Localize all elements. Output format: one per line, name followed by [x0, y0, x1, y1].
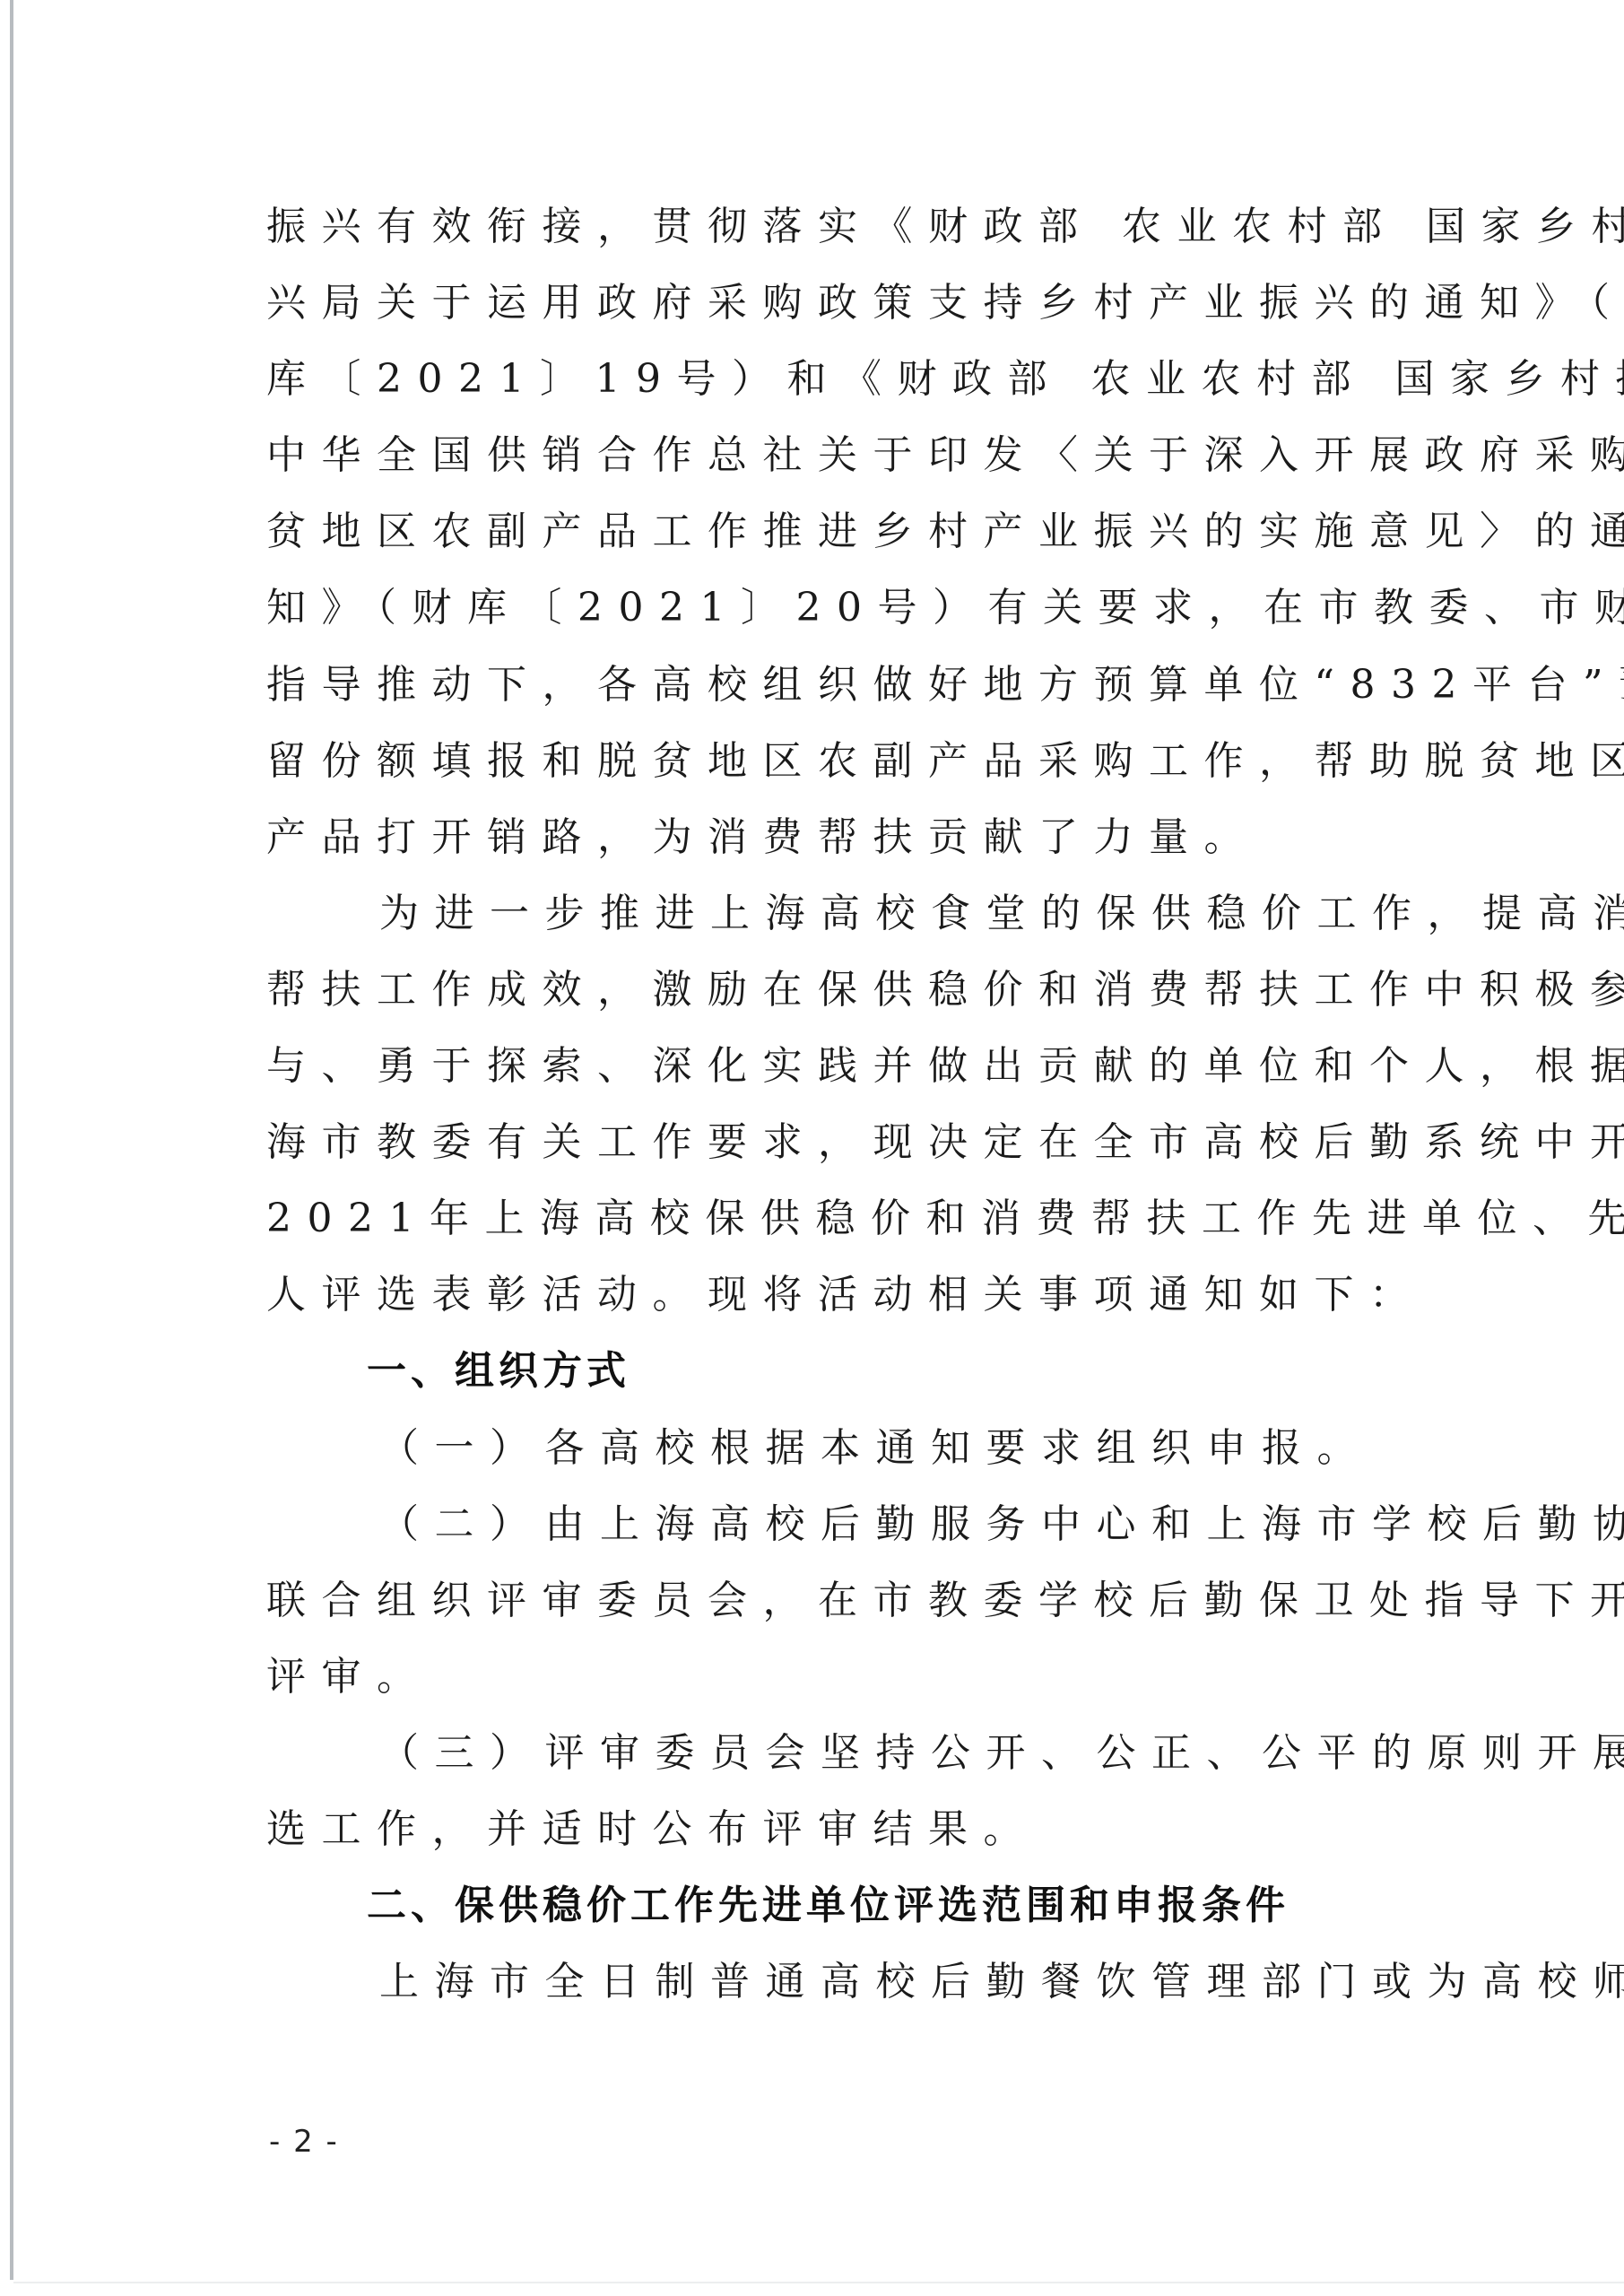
list-item-1: （一）各高校根据本通知要求组织申报。 — [266, 1421, 1396, 1497]
body-line: 留份额填报和脱贫地区农副产品采购工作，帮助脱贫地区农 — [266, 734, 1396, 810]
body-line: 人评选表彰活动。现将活动相关事项通知如下： — [266, 1267, 1396, 1344]
body-line: 兴局关于运用政府采购政策支持乡村产业振兴的通知》（财 — [266, 275, 1396, 352]
page-number: - 2 - — [269, 2124, 339, 2160]
body-line: 选工作，并适时公布评审结果。 — [266, 1802, 1396, 1878]
body-line: 海市教委有关工作要求，现决定在全市高校后勤系统中开展 — [266, 1115, 1396, 1191]
page-bottom-edge — [13, 2282, 1624, 2283]
section-heading-organization: 一、组织方式 — [266, 1344, 1396, 1420]
paragraph-start-line: 为进一步推进上海高校食堂的保供稳价工作，提高消费 — [266, 886, 1396, 962]
body-line: 2021年上海高校保供稳价和消费帮扶工作先进单位、先进个 — [266, 1191, 1396, 1267]
body-line: 指导推动下，各高校组织做好地方预算单位“832平台”预 — [266, 657, 1396, 734]
body-line: 中华全国供销合作总社关于印发〈关于深入开展政府采购脱 — [266, 428, 1396, 504]
body-line: 产品打开销路，为消费帮扶贡献了力量。 — [266, 810, 1396, 886]
list-item-3: （三）评审委员会坚持公开、公正、公平的原则开展评 — [266, 1726, 1396, 1802]
paragraph-start-line: 上海市全日制普通高校后勤餐饮管理部门或为高校师 — [266, 1954, 1396, 2031]
body-line: 与、勇于探索、深化实践并做出贡献的单位和个人，根据上 — [266, 1039, 1396, 1115]
body-line: 贫地区农副产品工作推进乡村产业振兴的实施意见〉的通 — [266, 504, 1396, 580]
document-body: 振兴有效衔接，贯彻落实《财政部 农业农村部 国家乡村振 兴局关于运用政府采购政策… — [266, 199, 1396, 2031]
body-line: 帮扶工作成效，激励在保供稳价和消费帮扶工作中积极参 — [266, 962, 1396, 1039]
page-left-edge — [10, 0, 13, 2280]
body-line: 知》（财库〔2021〕20号）有关要求，在市教委、市财政的 — [266, 580, 1396, 657]
body-line: 振兴有效衔接，贯彻落实《财政部 农业农村部 国家乡村振 — [266, 199, 1396, 275]
section-heading-scope: 二、保供稳价工作先进单位评选范围和申报条件 — [266, 1878, 1396, 1954]
list-item-2: （二）由上海高校后勤服务中心和上海市学校后勤协会 — [266, 1497, 1396, 1573]
body-line: 联合组织评审委员会，在市教委学校后勤保卫处指导下开展 — [266, 1573, 1396, 1649]
body-line: 评审。 — [266, 1649, 1396, 1726]
body-line: 库〔2021〕19号）和《财政部 农业农村部 国家乡村振兴局 — [266, 352, 1396, 428]
